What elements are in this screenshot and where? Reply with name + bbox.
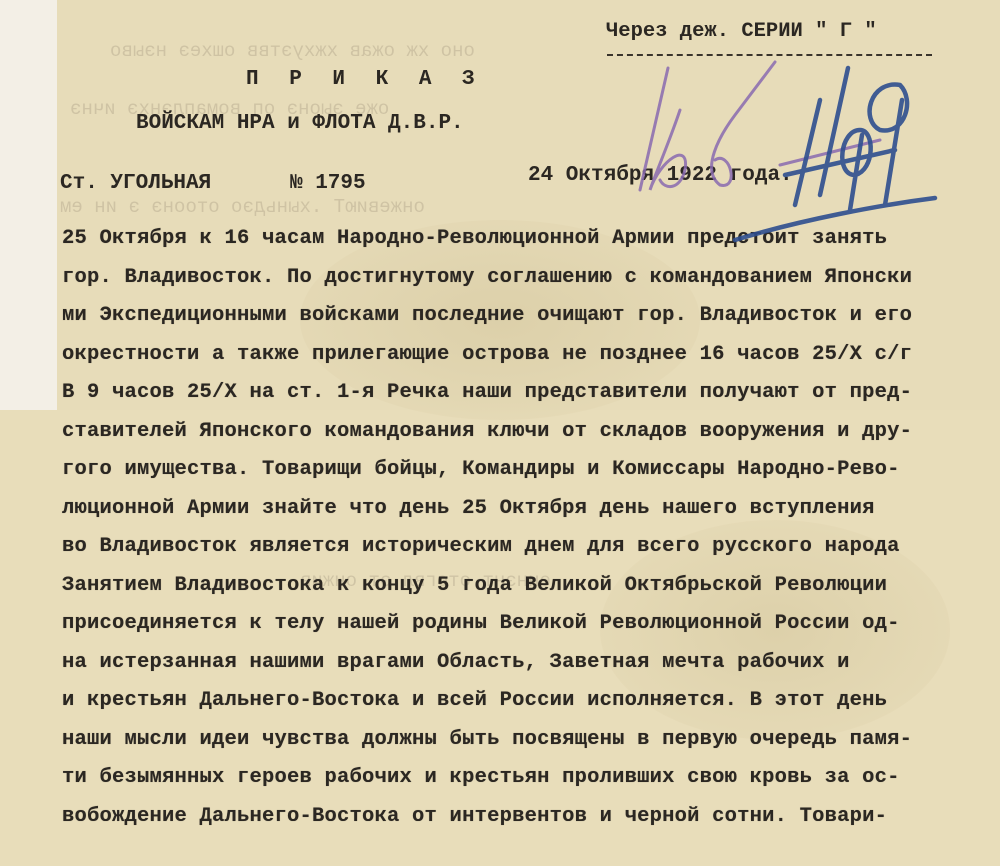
body-line: и крестьян Дальнего-Востока и всей Росси… bbox=[62, 689, 887, 712]
station-name: Ст. УГОЛЬНАЯ bbox=[60, 172, 211, 195]
body-line: окрестности а также прилегающие острова … bbox=[62, 343, 912, 366]
body-line: В 9 часов 25/X на ст. 1-я Речка наши пре… bbox=[62, 381, 912, 404]
body-line: во Владивосток является историческим дне… bbox=[62, 535, 900, 558]
body-line: наши мысли идеи чувства должны быть посв… bbox=[62, 728, 912, 751]
body-line: ставителей Японского командования ключи … bbox=[62, 420, 912, 443]
body-line: Занятием Владивостока к концу 5 года Вел… bbox=[62, 574, 887, 597]
document-subtitle: ВОЙСКАМ НРА и ФЛОТА Д.В.Р. bbox=[136, 112, 464, 135]
body-line: гор. Владивосток. По достигнутому соглаш… bbox=[62, 266, 912, 289]
body-line: гого имущества. Товарищи бойцы, Командир… bbox=[62, 458, 900, 481]
order-number: № 1795 bbox=[290, 172, 366, 195]
document-title: П Р И К А З bbox=[246, 68, 484, 91]
routing-note: Через деж. СЕРИИ " Г " bbox=[606, 20, 877, 43]
body-line: люционной Армии знайте что день 25 Октяб… bbox=[62, 497, 875, 520]
body-line: ти безымянных героев рабочих и крестьян … bbox=[62, 766, 900, 789]
dashed-divider bbox=[607, 54, 932, 56]
body-line: вобождение Дальнего-Востока от интервент… bbox=[62, 805, 887, 828]
body-line: на истерзанная нашими врагами Область, З… bbox=[62, 651, 850, 674]
order-document: Через деж. СЕРИИ " Г " П Р И К А З ВОЙСК… bbox=[0, 0, 1000, 866]
body-line: ми Экспедиционными войсками последние оч… bbox=[62, 304, 912, 327]
body-line: 25 Октября к 16 часам Народно-Революцион… bbox=[62, 227, 887, 250]
order-date: 24 Октября 1922 года. bbox=[528, 164, 793, 187]
body-line: присоединяется к телу нашей родины Велик… bbox=[62, 612, 900, 635]
